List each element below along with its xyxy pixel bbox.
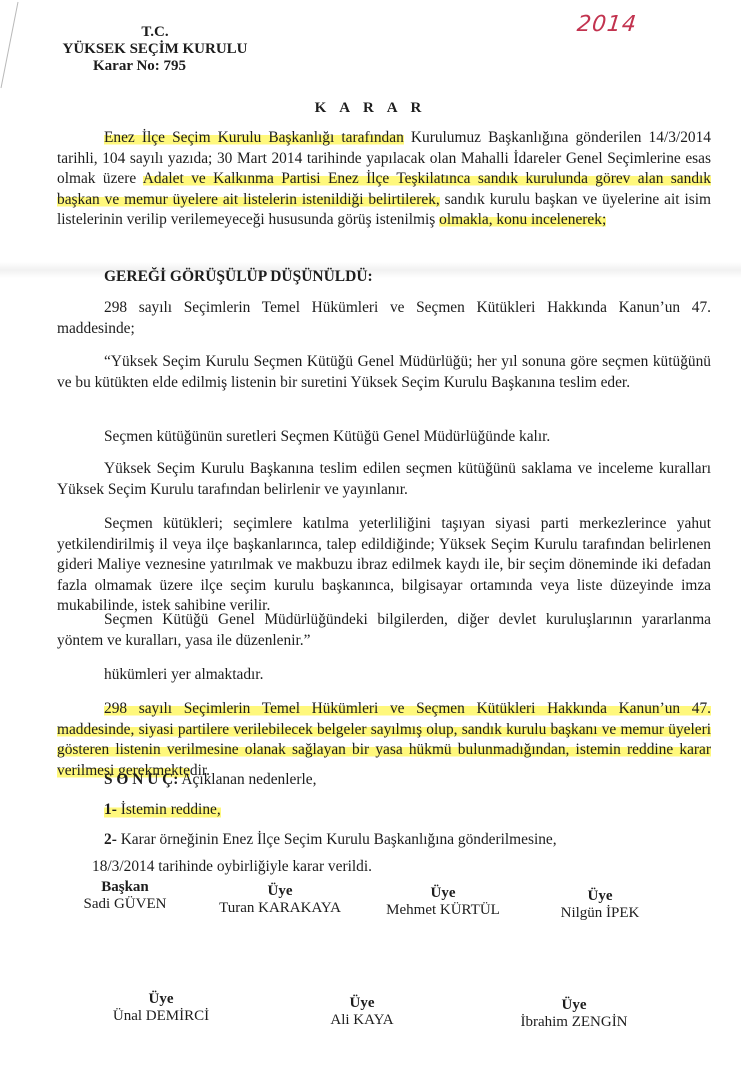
conclusion-item-text: Karar örneğinin Enez İlçe Seçim Kurulu B…	[121, 831, 557, 848]
document-title: K A R A R	[0, 100, 741, 117]
decision-number: Karar No: 795	[60, 58, 250, 75]
law-reference-paragraph: 298 sayılı Seçimlerin Temel Hükümleri ve…	[57, 298, 711, 339]
pen-stroke-mark	[0, 0, 20, 90]
signatory-block: Üye Ali KAYA	[282, 995, 442, 1029]
quote-paragraph-3: Yüksek Seçim Kurulu Başkanına teslim edi…	[57, 459, 711, 500]
document-header: T.C. YÜKSEK SEÇİM KURULU Karar No: 795	[60, 24, 250, 75]
signatory-name: Sadi GÜVEN	[45, 896, 205, 913]
quote-paragraph-1: “Yüksek Seçim Kurulu Seçmen Kütüğü Genel…	[57, 352, 711, 393]
signatory-name: Nilgün İPEK	[520, 905, 680, 922]
conclusion-item-number: 2-	[104, 831, 117, 848]
conclusion-item-number: 1-	[104, 801, 117, 818]
signatory-role: Üye	[494, 997, 654, 1014]
quote-paragraph-2: Seçmen kütüğünün suretleri Seçmen Kütüğü…	[57, 427, 711, 448]
conclusion-item-text: İstemin reddine,	[121, 801, 221, 818]
quote-paragraph-4: Seçmen kütükleri; seçimlere katılma yete…	[57, 514, 711, 617]
signatory-role: Üye	[81, 991, 241, 1008]
decision-number-value: 795	[164, 58, 187, 74]
conclusion-item-1: 1- İstemin reddine,	[104, 801, 221, 819]
signatory-name: Ünal DEMİRCİ	[81, 1008, 241, 1025]
signatory-role: Üye	[282, 995, 442, 1012]
handwritten-year-note: 2014	[576, 12, 639, 37]
section-heading: GEREĞİ GÖRÜŞÜLÜP DÜŞÜNÜLDÜ:	[104, 268, 373, 286]
signatory-name: Ali KAYA	[282, 1012, 442, 1029]
conclusion-label: S O N U Ç:	[104, 771, 178, 788]
signatory-block: Üye Ünal DEMİRCİ	[81, 991, 241, 1025]
institution-name: YÜKSEK SEÇİM KURULU	[60, 41, 250, 58]
conclusion-intro: S O N U Ç: Açıklanan nedenlerle,	[104, 771, 316, 789]
signatory-block: Üye Turan KARAKAYA	[200, 883, 360, 917]
signatory-role: Üye	[520, 888, 680, 905]
signatory-block: Başkan Sadi GÜVEN	[45, 879, 205, 913]
intro-segment-highlighted: olmakla, konu incelenerek;	[439, 211, 606, 228]
country-label: T.C.	[60, 24, 250, 41]
signatory-block: Üye Nilgün İPEK	[520, 888, 680, 922]
intro-segment-highlighted: Enez İlçe Seçim Kurulu Başkanlığı tarafı…	[104, 129, 404, 146]
decision-date-line: 18/3/2014 tarihinde oybirliğiyle karar v…	[92, 858, 372, 876]
conclusion-text: Açıklanan nedenlerle,	[181, 771, 316, 788]
intro-paragraph: Enez İlçe Seçim Kurulu Başkanlığı tarafı…	[57, 128, 711, 231]
signatory-name: Turan KARAKAYA	[200, 900, 360, 917]
decision-number-label: Karar No:	[93, 58, 160, 74]
provisions-note: hükümleri yer almaktadır.	[57, 665, 711, 686]
signatory-role: Başkan	[45, 879, 205, 896]
conclusion-item-2: 2- Karar örneğinin Enez İlçe Seçim Kurul…	[104, 831, 557, 849]
signatory-block: Üye Mehmet KÜRTÜL	[363, 885, 523, 919]
signatory-block: Üye İbrahim ZENGİN	[494, 997, 654, 1031]
reasoning-paragraph: 298 sayılı Seçimlerin Temel Hükümleri ve…	[57, 699, 711, 781]
signatory-role: Üye	[200, 883, 360, 900]
signatory-role: Üye	[363, 885, 523, 902]
document-title-text: K A R A R	[315, 100, 427, 116]
quote-paragraph-5: Seçmen Kütüğü Genel Müdürlüğündeki bilgi…	[57, 610, 711, 651]
signatory-name: İbrahim ZENGİN	[494, 1014, 654, 1031]
signatory-name: Mehmet KÜRTÜL	[363, 902, 523, 919]
reasoning-highlighted-text: 298 sayılı Seçimlerin Temel Hükümleri ve…	[57, 700, 711, 779]
